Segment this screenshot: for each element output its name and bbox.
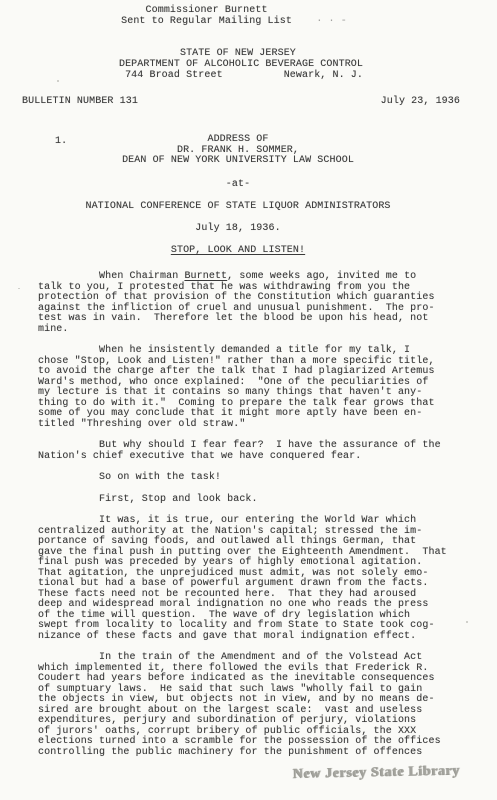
scan-speck: [18, 288, 20, 289]
paragraph-1: When Chairman Burnett, some weeks ago, i…: [38, 272, 470, 335]
agency-letterhead: STATE OF NEW JERSEY DEPARTMENT OF ALCOHO…: [22, 48, 460, 81]
paragraph-4: So on with the task!: [38, 473, 470, 484]
bulletin-date: July 23, 1936: [381, 96, 460, 107]
paragraph-5: First, Stop and look back.: [38, 495, 470, 506]
speech-title-row: STOP, LOOK AND LISTEN!: [38, 245, 438, 256]
paragraph-3: But why should I fear fear? I have the a…: [38, 441, 470, 462]
paragraph-1-underlined-name: Burnett: [184, 271, 227, 282]
speech-title: STOP, LOOK AND LISTEN!: [171, 245, 305, 256]
speech-body: When Chairman Burnett, some weeks ago, i…: [38, 272, 470, 769]
distribution-note: Commissioner Burnett Sent to Regular Mai…: [22, 5, 446, 27]
library-stamp: New Jersey State Library: [293, 763, 461, 782]
address-title: ADDRESS OF DR. FRANK H. SOMMER, DEAN OF …: [38, 135, 438, 167]
conference-title: NATIONAL CONFERENCE OF STATE LIQUOR ADMI…: [38, 201, 438, 212]
document-page: Commissioner Burnett Sent to Regular Mai…: [0, 0, 497, 800]
distribution-text: Commissioner Burnett Sent to Regular Mai…: [121, 5, 292, 27]
scan-speck: [75, 700, 77, 701]
at-separator: -at-: [38, 179, 438, 190]
distribution-marks: · · -: [292, 16, 347, 27]
paragraph-7: In the train of the Amendment and of the…: [38, 653, 470, 758]
bulletin-row: BULLETIN NUMBER 131 July 23, 1936: [22, 96, 460, 107]
paragraph-2: When he insistently demanded a title for…: [38, 346, 470, 430]
agency-letterhead-text: STATE OF NEW JERSEY DEPARTMENT OF ALCOHO…: [119, 48, 363, 81]
bulletin-number: BULLETIN NUMBER 131: [22, 96, 138, 107]
scan-speck: [466, 621, 468, 623]
paragraph-1-post: , some weeks ago, invited me to talk to …: [38, 271, 435, 335]
paragraph-1-pre: When Chairman: [38, 271, 184, 282]
paragraph-6: It was, it is true, our entering the Wor…: [38, 516, 470, 642]
scan-speck: [57, 80, 59, 82]
speech-date: July 18, 1936.: [38, 223, 438, 234]
